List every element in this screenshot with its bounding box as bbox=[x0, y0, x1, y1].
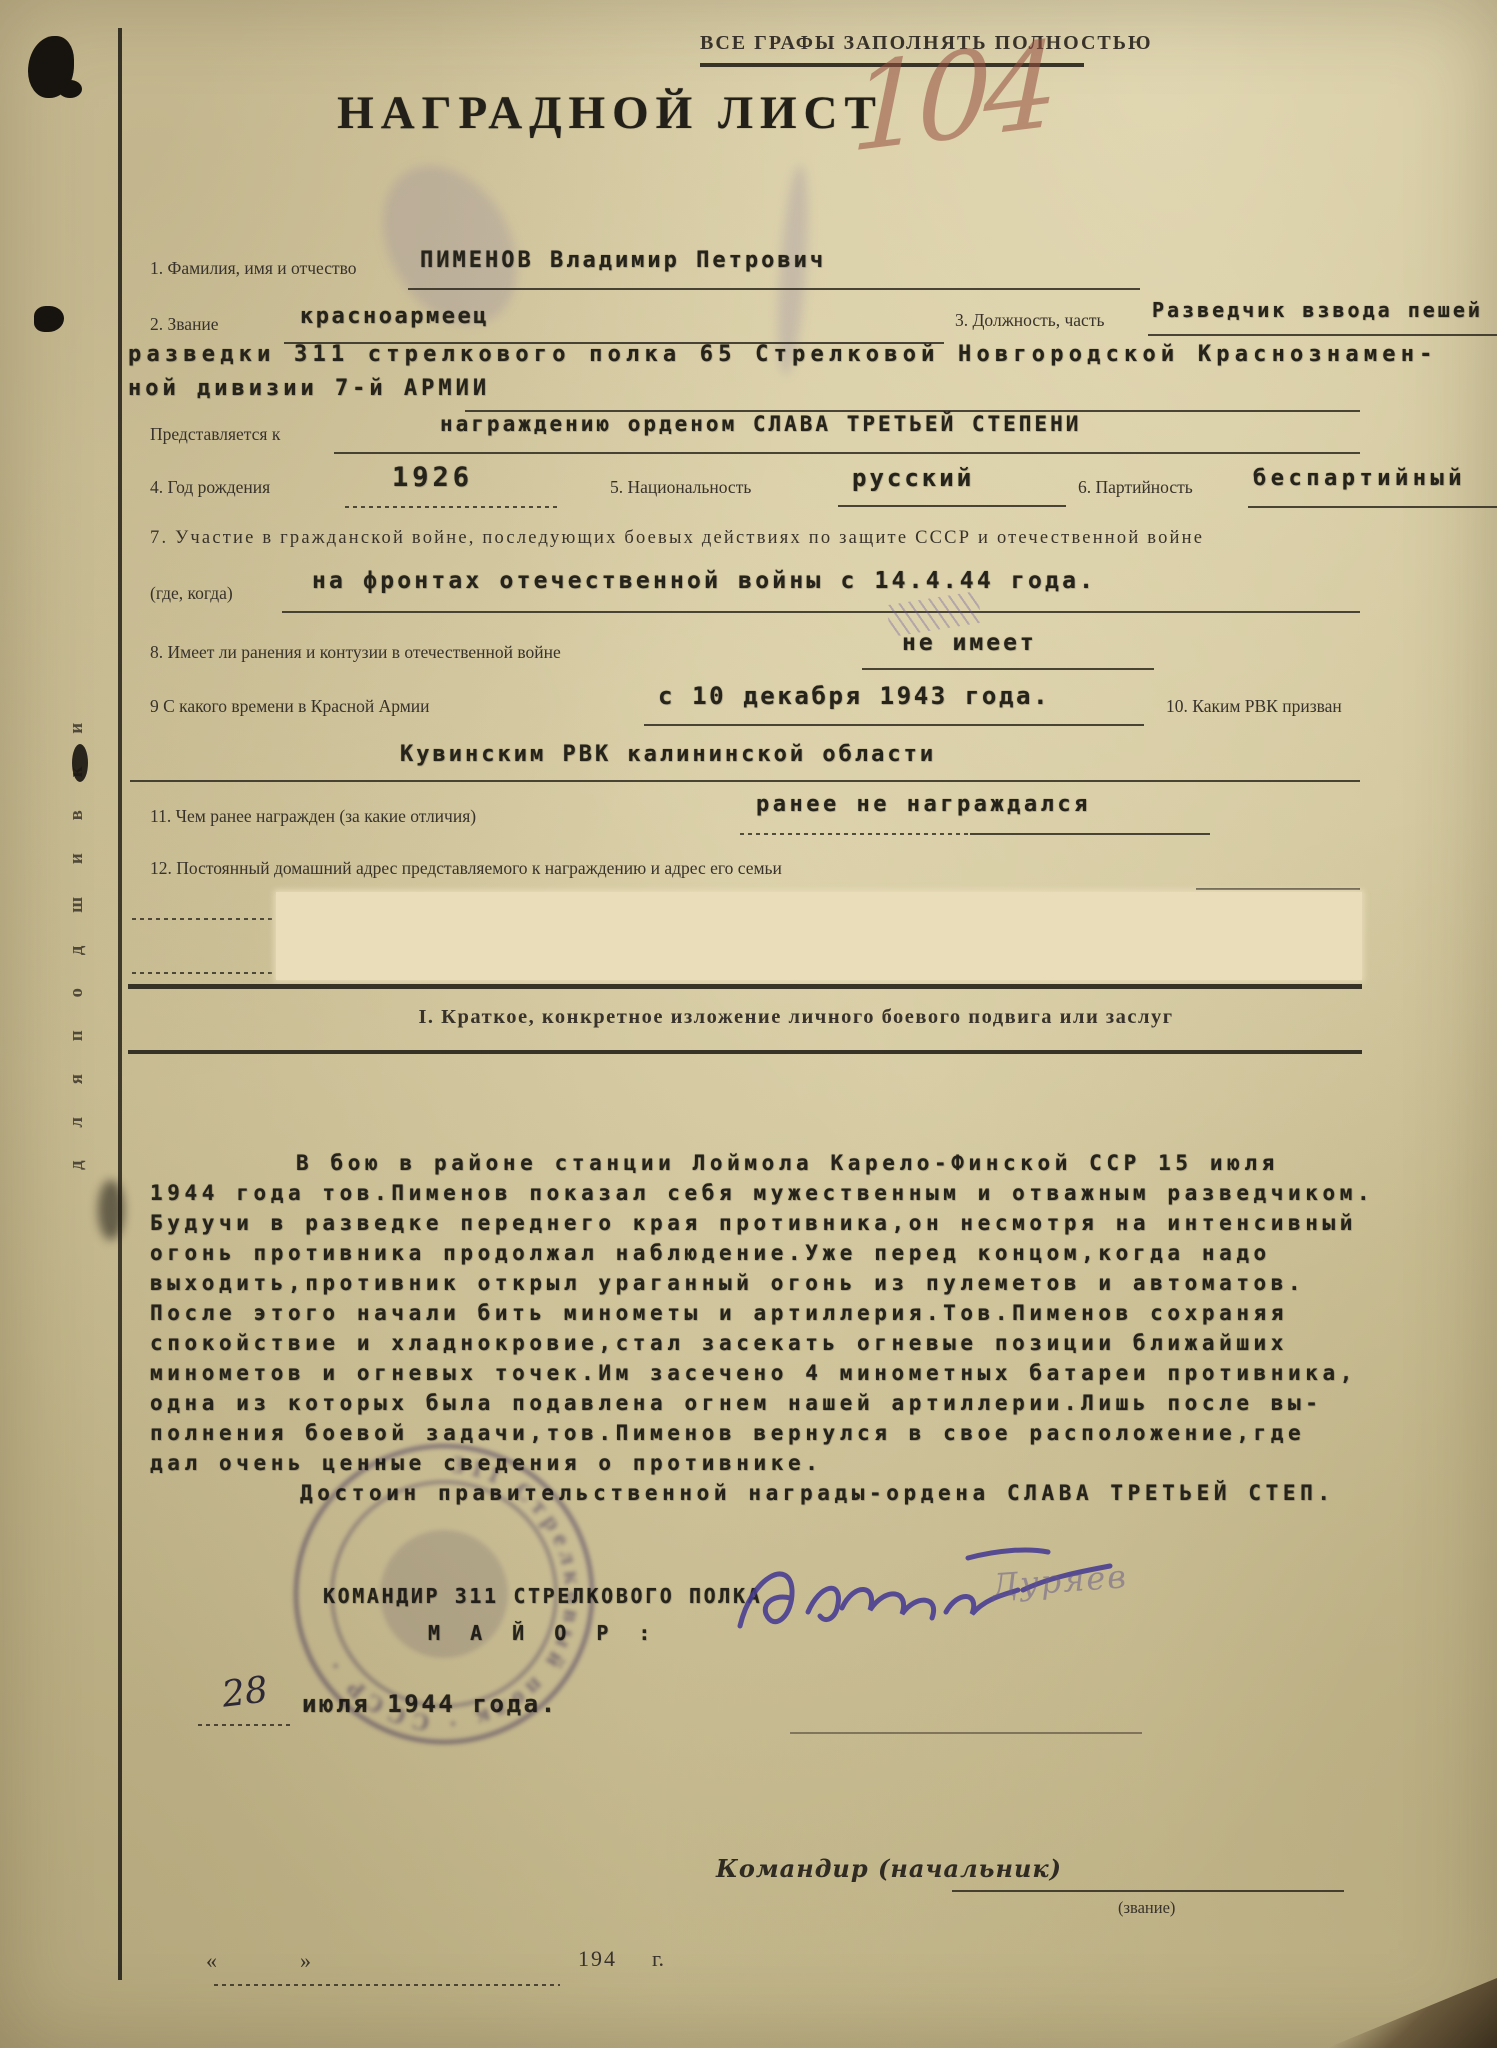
field-12-label: 12. Постоянный домашний адрес представля… bbox=[150, 858, 782, 879]
signature-underline bbox=[790, 1732, 1142, 1734]
field-1-value: ПИМЕНОВ Владимир Петрович bbox=[420, 248, 826, 273]
field-11-underline bbox=[970, 833, 1210, 835]
presented-underline bbox=[334, 452, 1360, 454]
section-1-heading: I. Краткое, конкретное изложение личного… bbox=[146, 1006, 1446, 1029]
field-7-sublabel: (где, когда) bbox=[150, 583, 233, 604]
field-4-value: 1926 bbox=[392, 462, 473, 493]
field-3-underline1 bbox=[1148, 334, 1497, 336]
field-5-label: 5. Национальность bbox=[610, 477, 751, 498]
citation-paragraph: В бою в районе станции Лоймола Карело-Фи… bbox=[150, 1148, 1490, 1508]
field-12-underline bbox=[1196, 888, 1360, 890]
citation-line: Будучи в разведке переднего края противн… bbox=[150, 1208, 1490, 1238]
field-6-value: беспартийный bbox=[1253, 466, 1466, 491]
footer-year-suffix: г. bbox=[652, 1946, 664, 1972]
field-10-value: Кувинским РВК калининской области bbox=[400, 742, 936, 767]
red-pencil-mark: 104 bbox=[850, 15, 1052, 179]
field-5-value: русский bbox=[852, 464, 974, 492]
field-7-underline bbox=[282, 611, 1360, 613]
citation-line: 1944 года тов.Пименов показал себя мужес… bbox=[150, 1178, 1490, 1208]
field-9-value: с 10 декабря 1943 года. bbox=[658, 682, 1050, 710]
address-dotted-stub bbox=[132, 918, 280, 920]
field-4-label: 4. Год рождения bbox=[150, 477, 270, 498]
field-8-underline bbox=[862, 668, 1154, 670]
corner-damage bbox=[1327, 1978, 1497, 2048]
citation-line: После этого начали бить минометы и артил… bbox=[150, 1298, 1490, 1328]
footer-rank-caption: (звание) bbox=[1118, 1898, 1175, 1918]
field-3-value-line1: Разведчик взвода пешей bbox=[1152, 298, 1483, 322]
ink-blot bbox=[72, 744, 88, 782]
handwritten-day: 28 bbox=[220, 1669, 270, 1715]
address-dotted-stub bbox=[132, 972, 280, 974]
section-rule-bottom bbox=[128, 1050, 1362, 1054]
citation-line: минометов и огневых точек.Им засечено 4 … bbox=[150, 1358, 1490, 1388]
footer-year-stub: 194 bbox=[578, 1946, 617, 1972]
field-8-label: 8. Имеет ли ранения и контузии в отечест… bbox=[150, 642, 561, 663]
field-6-underline bbox=[1248, 506, 1497, 508]
field-10-label: 10. Каким РВК призван bbox=[1166, 696, 1342, 717]
field-3-value-line2: разведки 311 стрелкового полка 65 Стрелк… bbox=[128, 342, 1438, 367]
field-11-dotted-underline bbox=[740, 833, 970, 835]
footer-quote-close: » bbox=[300, 1948, 311, 1974]
footer-quote-open: « bbox=[206, 1948, 217, 1974]
citation-line: полнения боевой задачи,тов.Пименов верну… bbox=[150, 1418, 1490, 1448]
field-6-label: 6. Партийность bbox=[1078, 477, 1193, 498]
field-3-label: 3. Должность, часть bbox=[955, 310, 1104, 331]
citation-line: огонь противника продолжал наблюдение.Уж… bbox=[150, 1238, 1490, 1268]
citation-line: одна из которых была подавлена огнем наш… bbox=[150, 1388, 1490, 1418]
field-9-label: 9 С какого времени в Красной Армии bbox=[150, 696, 430, 717]
footer-signature-line bbox=[952, 1890, 1344, 1892]
footer-date-dotted-line bbox=[214, 1984, 560, 1986]
redacted-address-patch bbox=[276, 892, 1362, 980]
field-8-value: не имеет bbox=[902, 630, 1037, 656]
field-7-value: на фронтах отечественной войны с 14.4.44… bbox=[312, 568, 1096, 594]
footer-commander-label: Командир (начальник) bbox=[716, 1854, 1062, 1883]
ink-blot bbox=[34, 306, 64, 332]
field-2-label: 2. Звание bbox=[150, 314, 219, 335]
presented-value: награждению орденом СЛАВА ТРЕТЬЕЙ СТЕПЕН… bbox=[440, 412, 1081, 436]
day-dotted-underline bbox=[198, 1724, 290, 1726]
page-title: НАГРАДНОЙ ЛИСТ bbox=[320, 86, 900, 140]
field-9-underline bbox=[644, 724, 1144, 726]
field-10-underline bbox=[130, 780, 1360, 782]
field-7-label: 7. Участие в гражданской войне, последую… bbox=[150, 528, 1204, 549]
citation-line: спокойствие и хладнокровие,стал засекать… bbox=[150, 1328, 1490, 1358]
citation-line: выходить,противник открыл ураганный огон… bbox=[150, 1268, 1490, 1298]
presented-label: Представляется к bbox=[150, 424, 280, 445]
award-sheet-page: д л я п о д ш и в к и ВСЕ ГРАФЫ ЗАПОЛНЯТ… bbox=[0, 0, 1497, 2048]
citation-line: В бою в районе станции Лоймола Карело-Фи… bbox=[150, 1148, 1490, 1178]
field-11-value: ранее не награждался bbox=[756, 792, 1091, 817]
left-margin-rule bbox=[118, 28, 122, 1980]
field-1-label: 1. Фамилия, имя и отчество bbox=[150, 258, 357, 279]
field-1-underline bbox=[408, 288, 1140, 290]
field-4-dotted-underline bbox=[345, 506, 561, 508]
field-3-value-line3: ной дивизии 7-й АРМИИ bbox=[128, 376, 490, 401]
ink-blot bbox=[58, 80, 82, 98]
field-11-label: 11. Чем ранее награжден (за какие отличи… bbox=[150, 806, 476, 827]
field-2-value: красноармеец bbox=[300, 304, 489, 329]
ink-smudge bbox=[98, 1180, 124, 1240]
section-rule-top bbox=[128, 984, 1362, 989]
field-5-underline bbox=[838, 505, 1066, 507]
